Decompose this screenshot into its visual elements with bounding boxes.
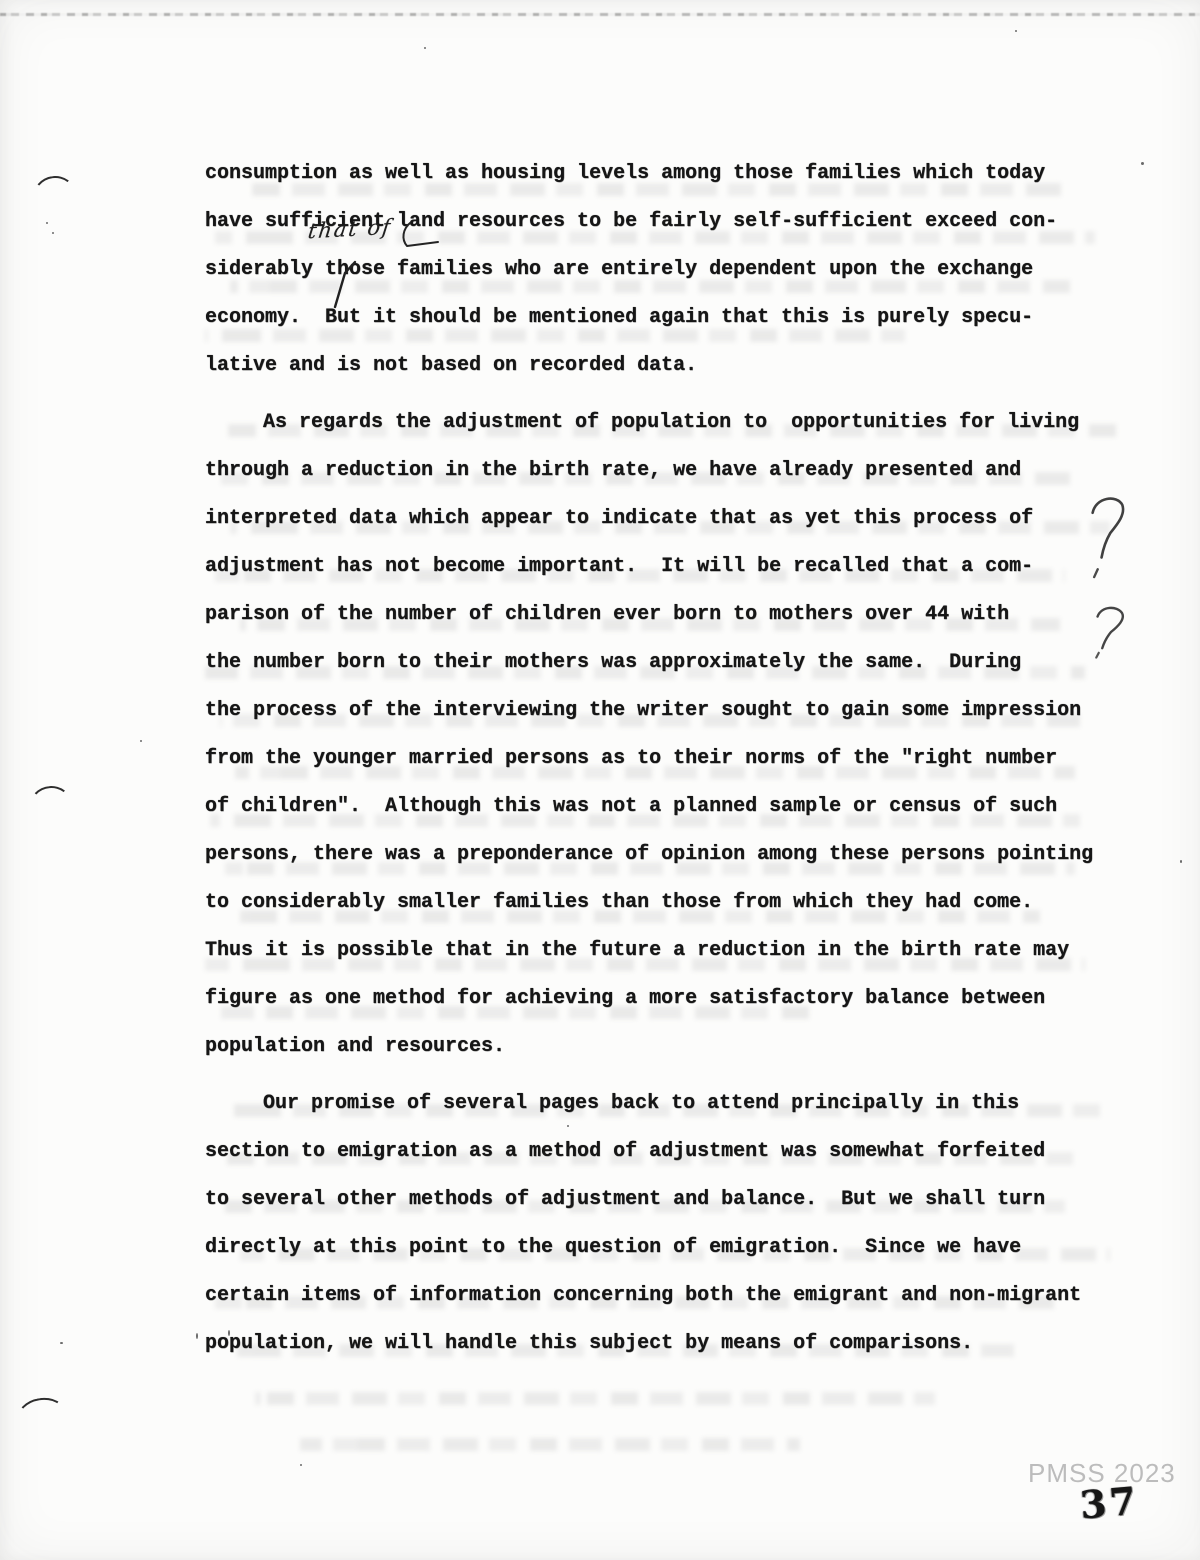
ink-speck <box>52 232 54 234</box>
typed-line: certain items of information concerning … <box>205 1272 1145 1320</box>
typed-line: figure as one method for achieving a mor… <box>205 975 1145 1023</box>
typed-line: through a reduction in the birth rate, w… <box>205 447 1145 495</box>
handwritten-insertion: that of <box>307 215 394 244</box>
ink-speck <box>140 740 142 742</box>
typed-line: directly at this point to the question o… <box>205 1224 1145 1272</box>
typed-line: the number born to their mothers was app… <box>205 639 1145 687</box>
ink-speck <box>424 47 426 49</box>
typed-text-block: consumption as well as housing levels am… <box>205 150 1145 1377</box>
typed-line: consumption as well as housing levels am… <box>205 150 1145 198</box>
bleed-through-line <box>300 1438 800 1451</box>
ink-speck <box>1015 30 1017 32</box>
punch-hole-arc <box>31 173 80 220</box>
typed-line: of children". Although this was not a pl… <box>205 783 1145 831</box>
typed-line: Thus it is possible that in the future a… <box>205 927 1145 975</box>
typed-line: to several other methods of adjustment a… <box>205 1176 1145 1224</box>
typed-line: Our promise of several pages back to att… <box>205 1080 1145 1128</box>
ink-speck <box>60 1342 63 1344</box>
typed-line: population, we will handle this subject … <box>205 1320 1145 1368</box>
typed-line: interpreted data which appear to indicat… <box>205 495 1145 543</box>
margin-question-mark <box>1083 491 1135 584</box>
typed-line: As regards the adjustment of population … <box>205 399 1145 447</box>
typed-line: the process of the interviewing the writ… <box>205 687 1145 735</box>
typed-line: from the younger married persons as to t… <box>205 735 1145 783</box>
ink-speck <box>300 1464 302 1466</box>
document-page: consumption as well as housing levels am… <box>0 0 1200 1560</box>
ink-speck <box>196 1333 198 1339</box>
bleed-through-line <box>255 1392 935 1405</box>
page-number-stamp: 37 <box>1078 1478 1141 1528</box>
paragraph: Our promise of several pages back to att… <box>205 1080 1145 1368</box>
insertion-flourish-mark <box>398 221 444 251</box>
typed-line: section to emigration as a method of adj… <box>205 1128 1145 1176</box>
typed-line: lative and is not based on recorded data… <box>205 342 1145 390</box>
insertion-caret-mark <box>331 258 359 310</box>
typed-line: to considerably smaller families than th… <box>205 879 1145 927</box>
typed-line: parison of the number of children ever b… <box>205 591 1145 639</box>
ink-speck <box>1180 860 1182 863</box>
punch-hole-arc <box>14 1394 69 1439</box>
typed-line: adjustment has not become important. It … <box>205 543 1145 591</box>
margin-question-mark <box>1089 602 1133 662</box>
typed-line: persons, there was a preponderance of op… <box>205 831 1145 879</box>
scan-artifact-line <box>0 13 1200 16</box>
paragraph: As regards the adjustment of population … <box>205 399 1145 1071</box>
punch-hole-arc <box>28 784 73 826</box>
ink-speck <box>46 222 48 224</box>
typed-line: population and resources. <box>205 1023 1145 1071</box>
